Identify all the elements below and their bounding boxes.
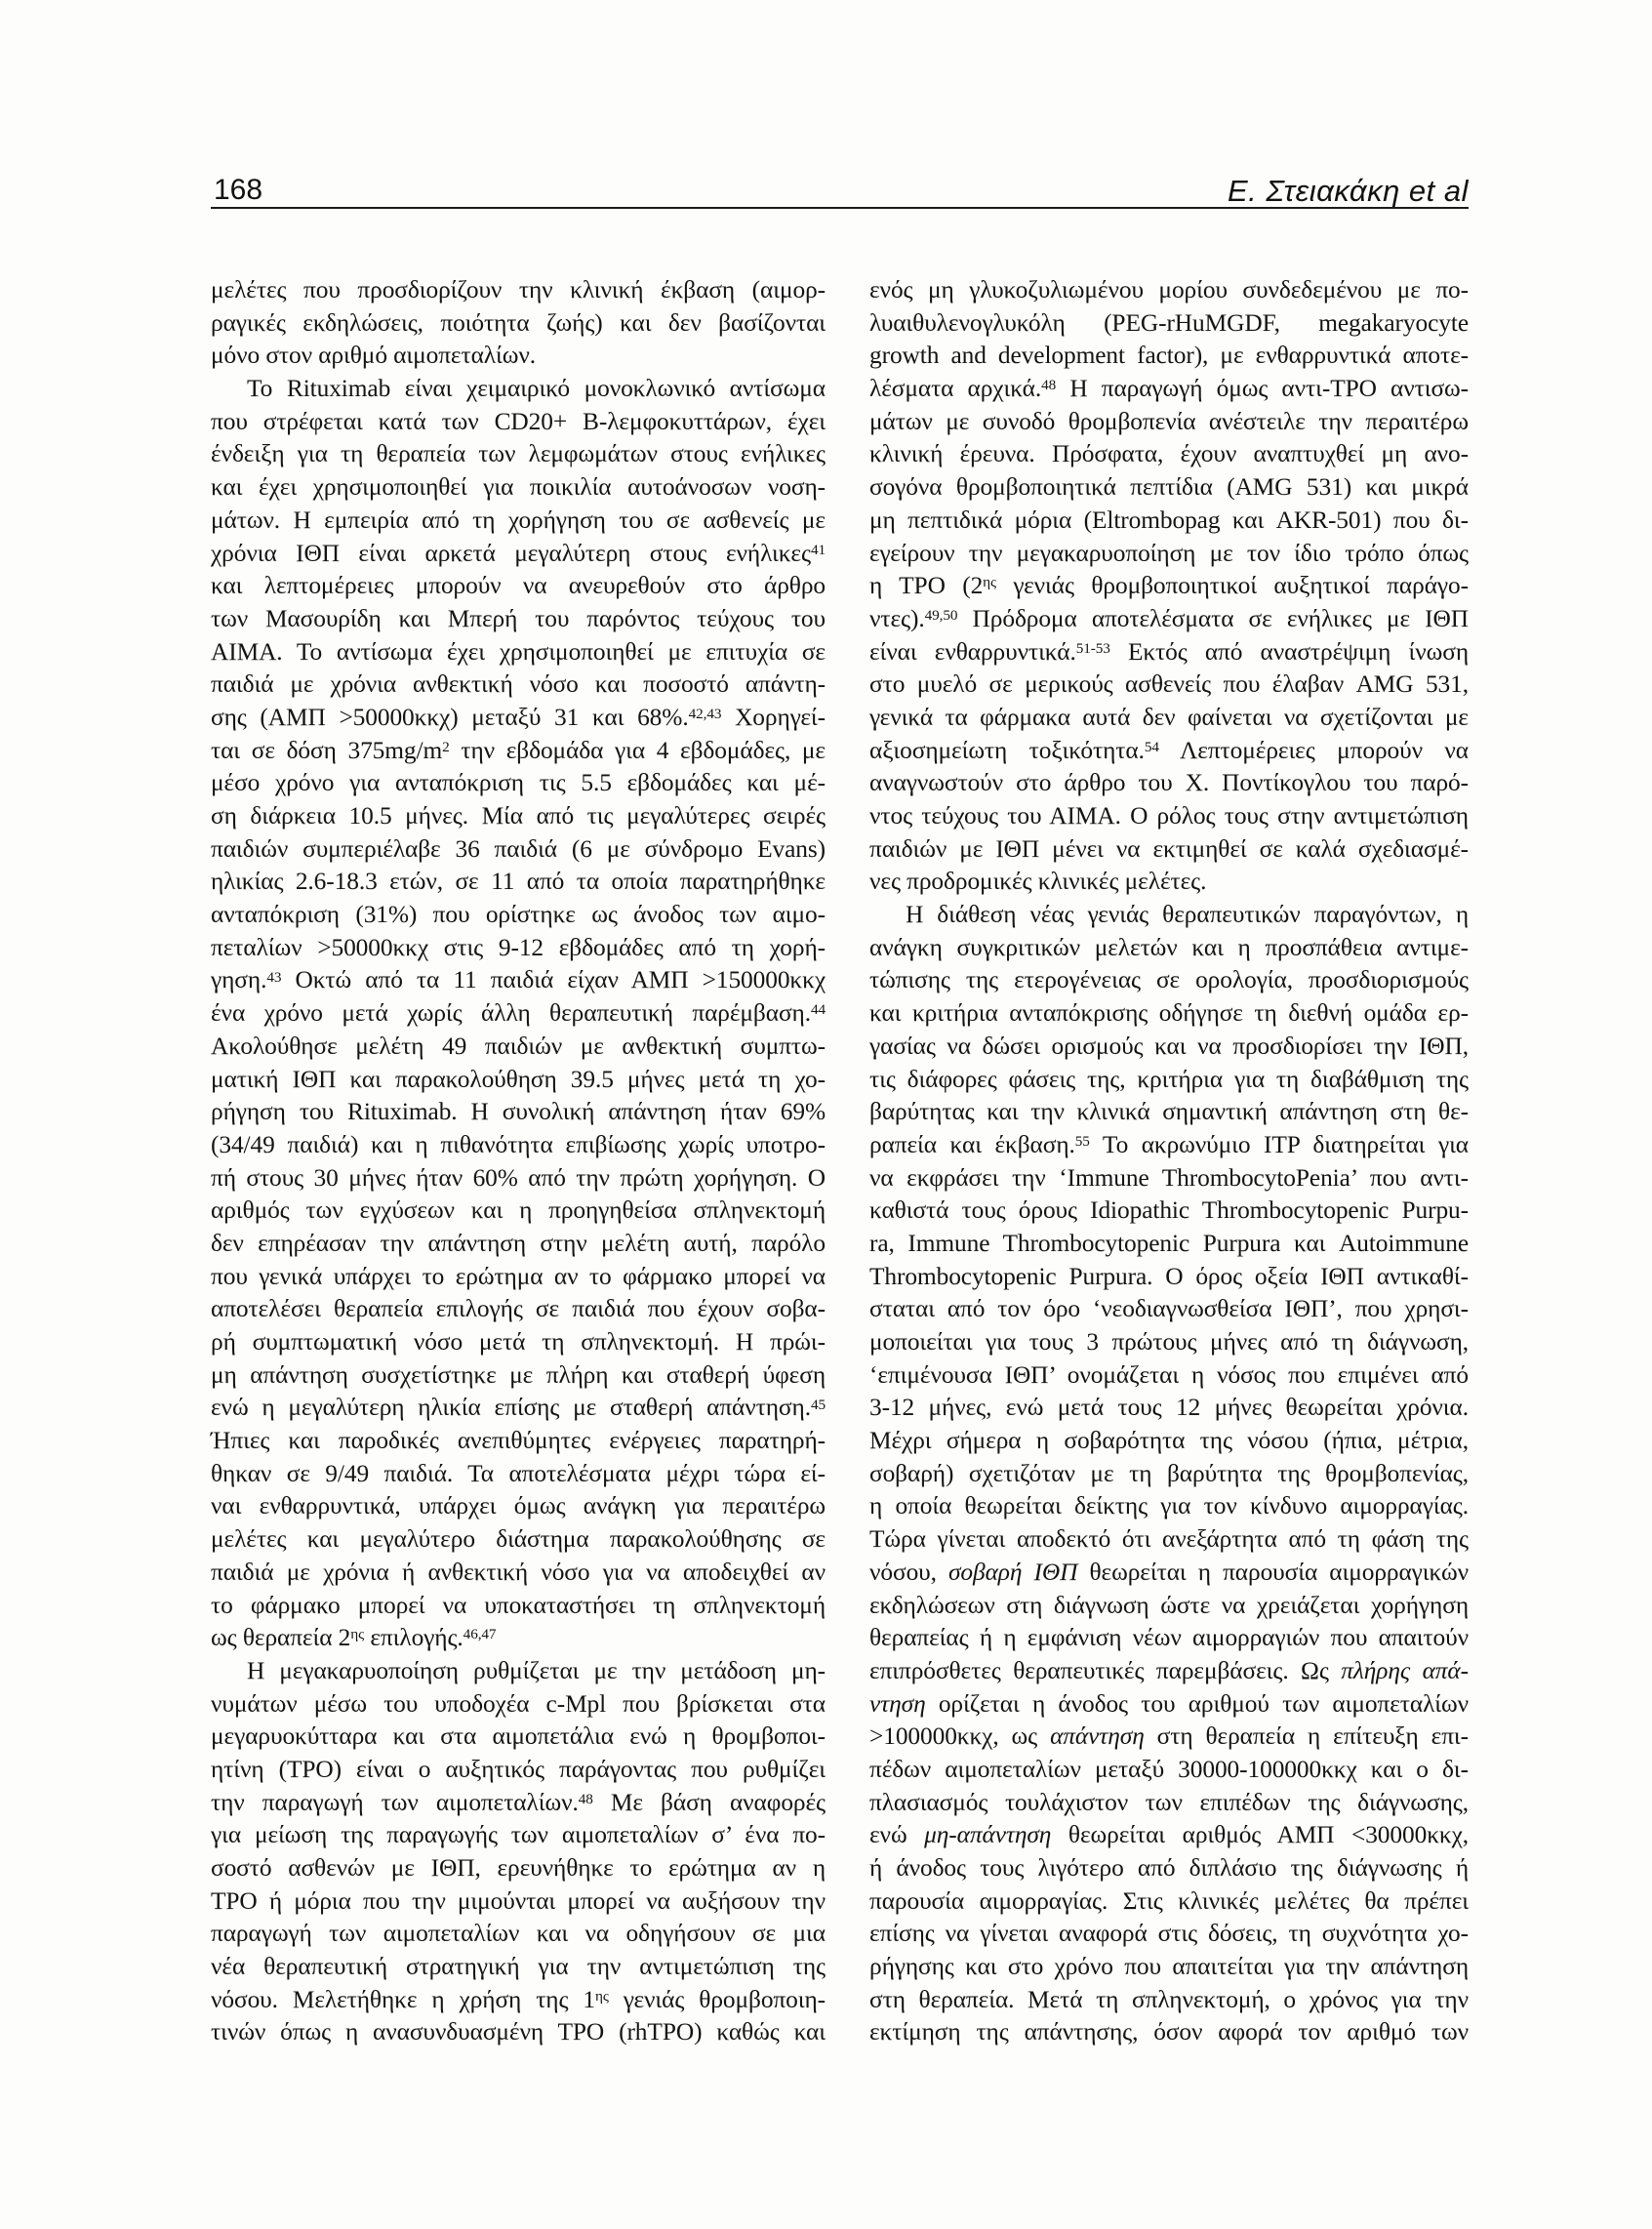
text-line: πέδων αιμοπεταλίων μεταξύ 30000-100000κκ… [869,1754,1469,1787]
text-line: παρουσία αιμορραγίας. Στις κλινικές μελέ… [869,1885,1469,1919]
text-line: θηκαν σε 9/49 παιδιά. Τα αποτελέσματα μέ… [211,1458,826,1491]
text-line: και κριτήρια ανταπόκρισης οδήγησε τη διε… [869,997,1469,1031]
text-line: Thrombocytopenic Purpura. Ο όρος οξεία Ι… [869,1261,1469,1294]
text-line: Η μεγακαρυοποίηση ρυθμίζεται με την μετά… [211,1655,826,1688]
text-line: μέσο χρόνο για ανταπόκριση τις 5.5 εβδομ… [211,767,826,800]
text-line: ως θεραπεία 2ης επιλογής.46,47 [211,1622,826,1655]
text-line: θεραπείας ή η εμφάνιση νέων αιμορραγιών … [869,1622,1469,1655]
text-line: ΤΡΟ ή μόρια που την μιμούνται μπορεί να … [211,1885,826,1919]
text-line: γηση.43 Οκτώ από τα 11 παιδιά είχαν ΑΜΠ … [211,964,826,997]
text-line: πεταλίων >50000κκχ στις 9-12 εβδομάδες α… [211,932,826,965]
text-line: λέσματα αρχικά.48 Η παραγωγή όμως αντι-Τ… [869,373,1469,406]
header-rule [211,207,1469,209]
text-line: ρήγησης και στο χρόνο που απαιτείται για… [869,1951,1469,1984]
text-line: σογόνα θρομβοποιητικά πεπτίδια (AMG 531)… [869,471,1469,505]
text-line: να εκφράσει την ‘Immune ThrombocytoPenia… [869,1162,1469,1196]
text-line: τινών όπως η ανασυνδυασμένη ΤΡΟ (rhTPO) … [211,2016,826,2049]
text-line: >100000κκχ, ως απάντηση στη θεραπεία η ε… [869,1721,1469,1754]
text-column-right: ενός μη γλυκοζυλιωμένου μορίου συνδεδεμέ… [869,274,1469,2049]
text-line: αξιοσημείωτη τοξικότητα.54 Λεπτομέρειες … [869,735,1469,768]
text-column-left: μελέτες που προσδιορίζουν την κλινική έκ… [211,274,826,2049]
text-line: ντηση ορίζεται η άνοδος του αριθμού των … [869,1688,1469,1722]
text-line: ντος τεύχους του ΑΙΜΑ. Ο ρόλος τους στην… [869,800,1469,833]
text-line: παραγωγή των αιμοπεταλίων και να οδηγήσο… [211,1918,826,1951]
text-line: για μείωση της παραγωγής των αιμοπεταλίω… [211,1819,826,1852]
text-line: παιδιά με χρόνια ή ανθεκτική νόσο για να… [211,1557,826,1590]
text-line: και έχει χρησιμοποιηθεί για ποικιλία αυτ… [211,471,826,505]
text-line: μη πεπτιδικά μόρια (Eltrombopag και AKR-… [869,505,1469,538]
text-line: ένδειξη για τη θεραπεία των λεμφωμάτων σ… [211,438,826,471]
text-line: το φάρμακο μπορεί να υποκαταστήσει τη σπ… [211,1590,826,1623]
text-line: ενός μη γλυκοζυλιωμένου μορίου συνδεδεμέ… [869,274,1469,307]
text-line: μη απάντηση συσχετίστηκε με πλήρη και στ… [211,1359,826,1393]
text-line: Μέχρι σήμερα η σοβαρότητα της νόσου (ήπι… [869,1425,1469,1458]
text-line: νόσου, σοβαρή ΙΘΠ θεωρείται η παρουσία α… [869,1557,1469,1590]
text-line: παιδιών συμπεριέλαβε 36 παιδιά (6 με σύν… [211,833,826,867]
text-line: ένα χρόνο μετά χωρίς άλλη θεραπευτική πα… [211,997,826,1031]
text-line: καθιστά τους όρους Idiopathic Thrombocyt… [869,1195,1469,1228]
text-line: πή στους 30 μήνες ήταν 60% από την πρώτη… [211,1162,826,1196]
text-line: ενώ μη-απάντηση θεωρείται αριθμός ΑΜΠ <3… [869,1819,1469,1852]
text-line: μόνο στον αριθμό αιμοπεταλίων. [211,340,826,373]
text-line: την παραγωγή των αιμοπεταλίων.48 Με βάση… [211,1787,826,1820]
text-line: γενικά τα φάρμακα αυτά δεν φαίνεται να σ… [869,702,1469,735]
text-line: λυαιθυλενογλυκόλη (PEG-rHuMGDF, megakary… [869,307,1469,341]
text-line: μοποιείται για τους 3 πρώτους μήνες από … [869,1326,1469,1359]
journal-page: 168 Ε. Στειακάκη et al μελέτες που προσδ… [0,0,1652,2229]
text-line: αποτελέσει θεραπεία επιλογής σε παιδιά π… [211,1293,826,1326]
text-line: Η διάθεση νέας γενιάς θεραπευτικών παραγ… [869,899,1469,932]
text-line: βαρύτητας και την κλινικά σημαντική απάν… [869,1096,1469,1129]
text-line: σοβαρή) σχετιζόταν με τη βαρύτητα της θρ… [869,1458,1469,1491]
text-line: επιπρόσθετες θεραπευτικές παρεμβάσεις. Ω… [869,1655,1469,1688]
text-line: μελέτες που προσδιορίζουν την κλινική έκ… [211,274,826,307]
text-line: που γενικά υπάρχει το ερώτημα αν το φάρμ… [211,1261,826,1294]
text-line: ρήγηση του Rituximab. Η συνολική απάντησ… [211,1096,826,1129]
text-line: Το Rituximab είναι χειμαιρικό μονοκλωνικ… [211,373,826,406]
text-line: χρόνια ΙΘΠ είναι αρκετά μεγαλύτερη στους… [211,538,826,571]
text-line: μάτων. Η εμπειρία από τη χορήγηση του σε… [211,505,826,538]
text-line: ραπεία και έκβαση.55 Το ακρωνύμιο ITP δι… [869,1129,1469,1162]
text-line: ή άνοδος τους λιγότερο από διπλάσιο της … [869,1852,1469,1885]
text-line: μάτων με συνοδό θρομβοπενία ανέστειλε τη… [869,406,1469,439]
text-line: η οποία θεωρείται δείκτης για τον κίνδυν… [869,1490,1469,1523]
text-line: Ήπιες και παροδικές ανεπιθύμητες ενέργει… [211,1425,826,1458]
text-line: εκτίμηση της απάντησης, όσον αφορά τον α… [869,2016,1469,2049]
text-line: ραγικές εκδηλώσεις, ποιότητα ζωής) και δ… [211,307,826,341]
text-line: ΑΙΜΑ. Το αντίσωμα έχει χρησιμοποιηθεί με… [211,636,826,669]
text-line: Τώρα γίνεται αποδεκτό ότι ανεξάρτητα από… [869,1523,1469,1557]
text-line: ρή συμπτωματική νόσο μετά τη σπληνεκτομή… [211,1326,826,1359]
text-line: ητίνη (ΤΡΟ) είναι ο αυξητικός παράγοντας… [211,1754,826,1787]
text-line: η ΤΡΟ (2ης γενιάς θρομβοποιητικοί αυξητι… [869,570,1469,603]
page-number: 168 [214,176,262,205]
text-line: παιδιά με χρόνια ανθεκτική νόσο και ποσο… [211,669,826,702]
text-line: μελέτες και μεγαλύτερο διάστημα παρακολο… [211,1523,826,1557]
text-line: σοστό ασθενών με ΙΘΠ, ερευνήθηκε το ερώτ… [211,1852,826,1885]
text-line: ‘επιμένουσα ΙΘΠ’ ονομάζεται η νόσος που … [869,1359,1469,1393]
text-line: τις διάφορες φάσεις της, κριτήρια για τη… [869,1064,1469,1097]
text-line: αναγνωστούν στο άρθρο του Χ. Ποντίκογλου… [869,767,1469,800]
text-line: ντες).49,50 Πρόδρομα αποτελέσματα σε ενή… [869,603,1469,636]
text-line: ση διάρκεια 10.5 μήνες. Μία από τις μεγα… [211,800,826,833]
text-line: ηλικίας 2.6-18.3 ετών, σε 11 από τα οποί… [211,866,826,899]
text-line: στη θεραπεία. Μετά τη σπληνεκτομή, ο χρό… [869,1984,1469,2017]
text-line: σταται από τον όρο ‘νεοδιαγνωσθείσα ΙΘΠ’… [869,1293,1469,1326]
text-line: growth and development factor), με ενθαρ… [869,340,1469,373]
text-line: 3-12 μήνες, ενώ μετά τους 12 μήνες θεωρε… [869,1392,1469,1425]
text-line: γασίας να δώσει ορισμούς και να προσδιορ… [869,1031,1469,1064]
text-line: (34/49 παιδιά) και η πιθανότητα επιβίωση… [211,1129,826,1162]
text-line: νέα θεραπευτική στρατηγική για την αντιμ… [211,1951,826,1984]
text-line: ανταπόκριση (31%) που ορίστηκε ως άνοδος… [211,899,826,932]
text-line: και λεπτομέρειες μπορούν να ανευρεθούν σ… [211,570,826,603]
running-head-author: Ε. Στειακάκη et al [1228,176,1469,206]
text-line: που στρέφεται κατά των CD20+ Β-λεμφοκυττ… [211,406,826,439]
text-line: νες προδρομικές κλινικές μελέτες. [869,866,1469,899]
text-line: εγείρουν την μεγακαρυοποίηση με τον ίδιο… [869,538,1469,571]
text-line: στο μυελό σε μερικούς ασθενείς που έλαβα… [869,669,1469,702]
text-line: τώπισης της ετερογένειας σε ορολογία, πρ… [869,964,1469,997]
text-line: δεν επηρέασαν την απάντηση στην μελέτη α… [211,1228,826,1261]
text-line: ματική ΙΘΠ και παρακολούθηση 39.5 μήνες … [211,1064,826,1097]
text-line: παιδιών με ΙΘΠ μένει να εκτιμηθεί σε καλ… [869,833,1469,867]
text-line: πλασιασμός τουλάχιστον των επιπέδων της … [869,1787,1469,1820]
text-line: ενώ η μεγαλύτερη ηλικία επίσης με σταθερ… [211,1392,826,1425]
text-line: ται σε δόση 375mg/m2 την εβδομάδα για 4 … [211,735,826,768]
text-line: νυμάτων μέσω του υποδοχέα c-Mpl που βρίσ… [211,1688,826,1722]
text-line: αριθμός των εγχύσεων και η προηγηθείσα σ… [211,1195,826,1228]
text-line: Ακολούθησε μελέτη 49 παιδιών με ανθεκτικ… [211,1031,826,1064]
text-line: ra, Immune Thrombocytopenic Purpura και … [869,1228,1469,1261]
text-line: σης (ΑΜΠ >50000κκχ) μεταξύ 31 και 68%.42… [211,702,826,735]
text-line: των Μασουρίδη και Μπερή του παρόντος τεύ… [211,603,826,636]
text-line: νόσου. Μελετήθηκε η χρήση της 1ης γενιάς… [211,1984,826,2017]
text-line: εκδηλώσεων στη διάγνωση ώστε να χρειάζετ… [869,1590,1469,1623]
text-line: επίσης να γίνεται αναφορά στις δόσεις, τ… [869,1918,1469,1951]
text-line: ναι ενθαρρυντικά, υπάρχει όμως ανάγκη γι… [211,1490,826,1523]
text-line: μεγαρυοκύτταρα και στα αιμοπετάλια ενώ η… [211,1721,826,1754]
text-line: ανάγκη συγκριτικών μελετών και η προσπάθ… [869,932,1469,965]
text-line: είναι ενθαρρυντικά.51-53 Εκτός από αναστ… [869,636,1469,669]
text-line: κλινική έρευνα. Πρόσφατα, έχουν αναπτυχθ… [869,438,1469,471]
